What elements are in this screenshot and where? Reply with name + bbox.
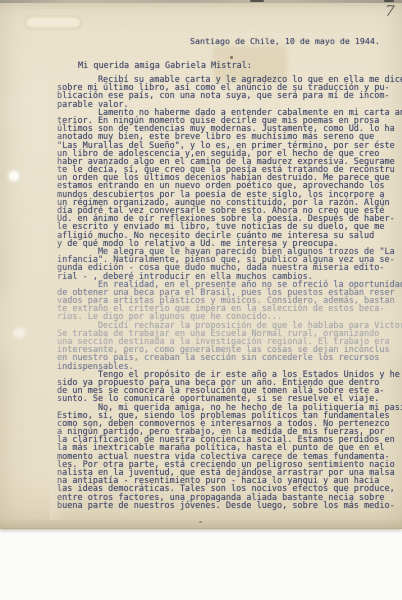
paragraph: Lamento no haberme dado a entender cabal… [57,109,402,248]
letter-paper: 7 Santiago de Chile, 10 de mayo de 1944.… [0,0,402,529]
letter-line: buena parte de nuestros jóvenes. Desde l… [57,502,402,510]
paragraph: Tengo el propósito de ir este año a los … [57,371,402,510]
letter-body: Recibí su amable carta y le agradezco lo… [57,76,402,510]
paragraph: En realidad, en el presente año no se of… [57,281,402,322]
dateline: Santiago de Chile, 10 de mayo de 1944. [190,36,380,46]
paragraph: Recibí su amable carta y le agradezco lo… [57,76,402,109]
scanned-letter-page: 7 Santiago de Chile, 10 de mayo de 1944.… [0,0,402,600]
paragraph: Me alegra que le hayan parecido bien alg… [57,248,402,281]
paragraph: Decidí rechazar la proposición de que le… [57,322,402,371]
salutation: Mi querida amiga Gabriela Mistral: [78,61,252,71]
typewritten-text-layer: Santiago de Chile, 10 de mayo de 1944. M… [0,0,402,528]
